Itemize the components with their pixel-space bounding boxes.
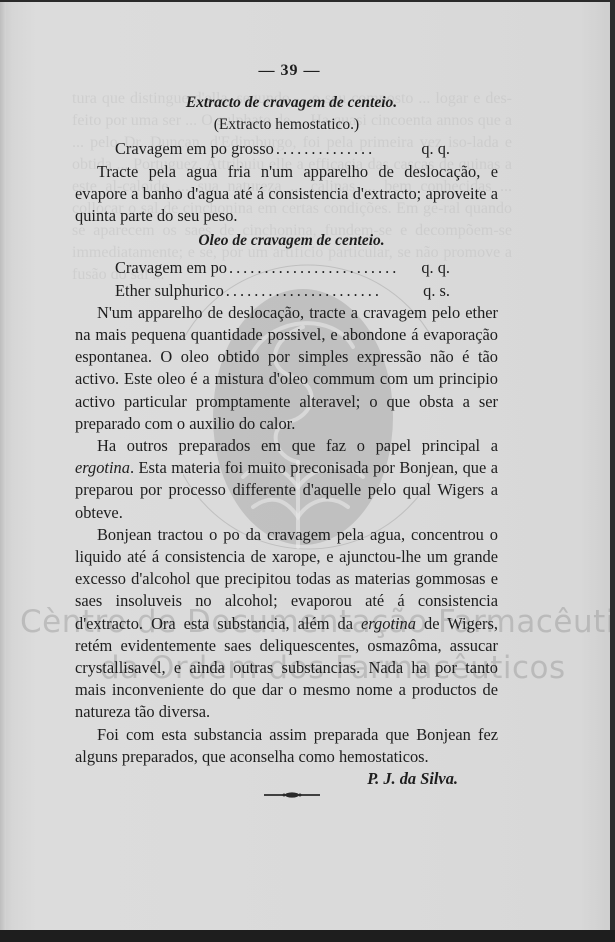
italic-term-ergotina: ergotina	[75, 458, 130, 477]
paragraph-oleo-method: N'um apparelho de deslocação, tracte a c…	[75, 302, 498, 435]
text-run: Ha outros preparados em que faz o papel …	[97, 436, 498, 455]
recipe-quantity: q. q.	[421, 257, 450, 279]
recipe-ingredient: Cravagem em po grosso	[115, 138, 274, 160]
page-number: — 39 —	[81, 60, 498, 82]
divider-ornament-icon	[264, 792, 320, 798]
paragraph-extracto-method: Tracte pela agua fria n'um apparelho de …	[75, 161, 498, 228]
recipe-leader-dots: ..............	[276, 138, 419, 160]
paragraph-hemostaticos: Foi com esta substancia assim preparada …	[75, 724, 498, 768]
section-title-extracto: Extracto de cravagem de centeio.	[85, 92, 498, 114]
section-title-oleo: Oleo de cravagem de centeio.	[85, 230, 498, 252]
recipe-ingredient: Ether sulphurico	[115, 280, 224, 302]
paragraph-bonjean-process: Bonjean tractou o po da cravagem pela ag…	[75, 524, 498, 724]
recipe-leader-dots: ........................	[229, 257, 419, 279]
text-run: . Esta materia foi muito preconisada por…	[75, 458, 498, 521]
recipe-line: Cravagem em po ........................ …	[75, 257, 450, 279]
page-content: — 39 — Extracto de cravagem de centeio. …	[75, 60, 498, 790]
recipe-quantity: q. s.	[423, 280, 450, 302]
section-subtitle-hemostatico: (Extracto hemostatico.)	[75, 114, 498, 136]
author-signature: P. J. da Silva.	[75, 768, 498, 790]
italic-term-ergotina: ergotina	[361, 614, 416, 633]
scan-edge-bottom	[0, 930, 615, 942]
scan-edge-right	[610, 0, 615, 942]
recipe-quantity: q. q.	[421, 138, 450, 160]
recipe-line: Cravagem em po grosso .............. q. …	[75, 138, 450, 160]
recipe-leader-dots: ......................	[226, 280, 421, 302]
recipe-ingredient: Cravagem em po	[115, 257, 227, 279]
recipe-line: Ether sulphurico ...................... …	[75, 280, 450, 302]
paragraph-ergotina-bonjean: Ha outros preparados em que faz o papel …	[75, 435, 498, 524]
document-page: tura que distingue d'ella, segundo ... o…	[0, 2, 610, 934]
